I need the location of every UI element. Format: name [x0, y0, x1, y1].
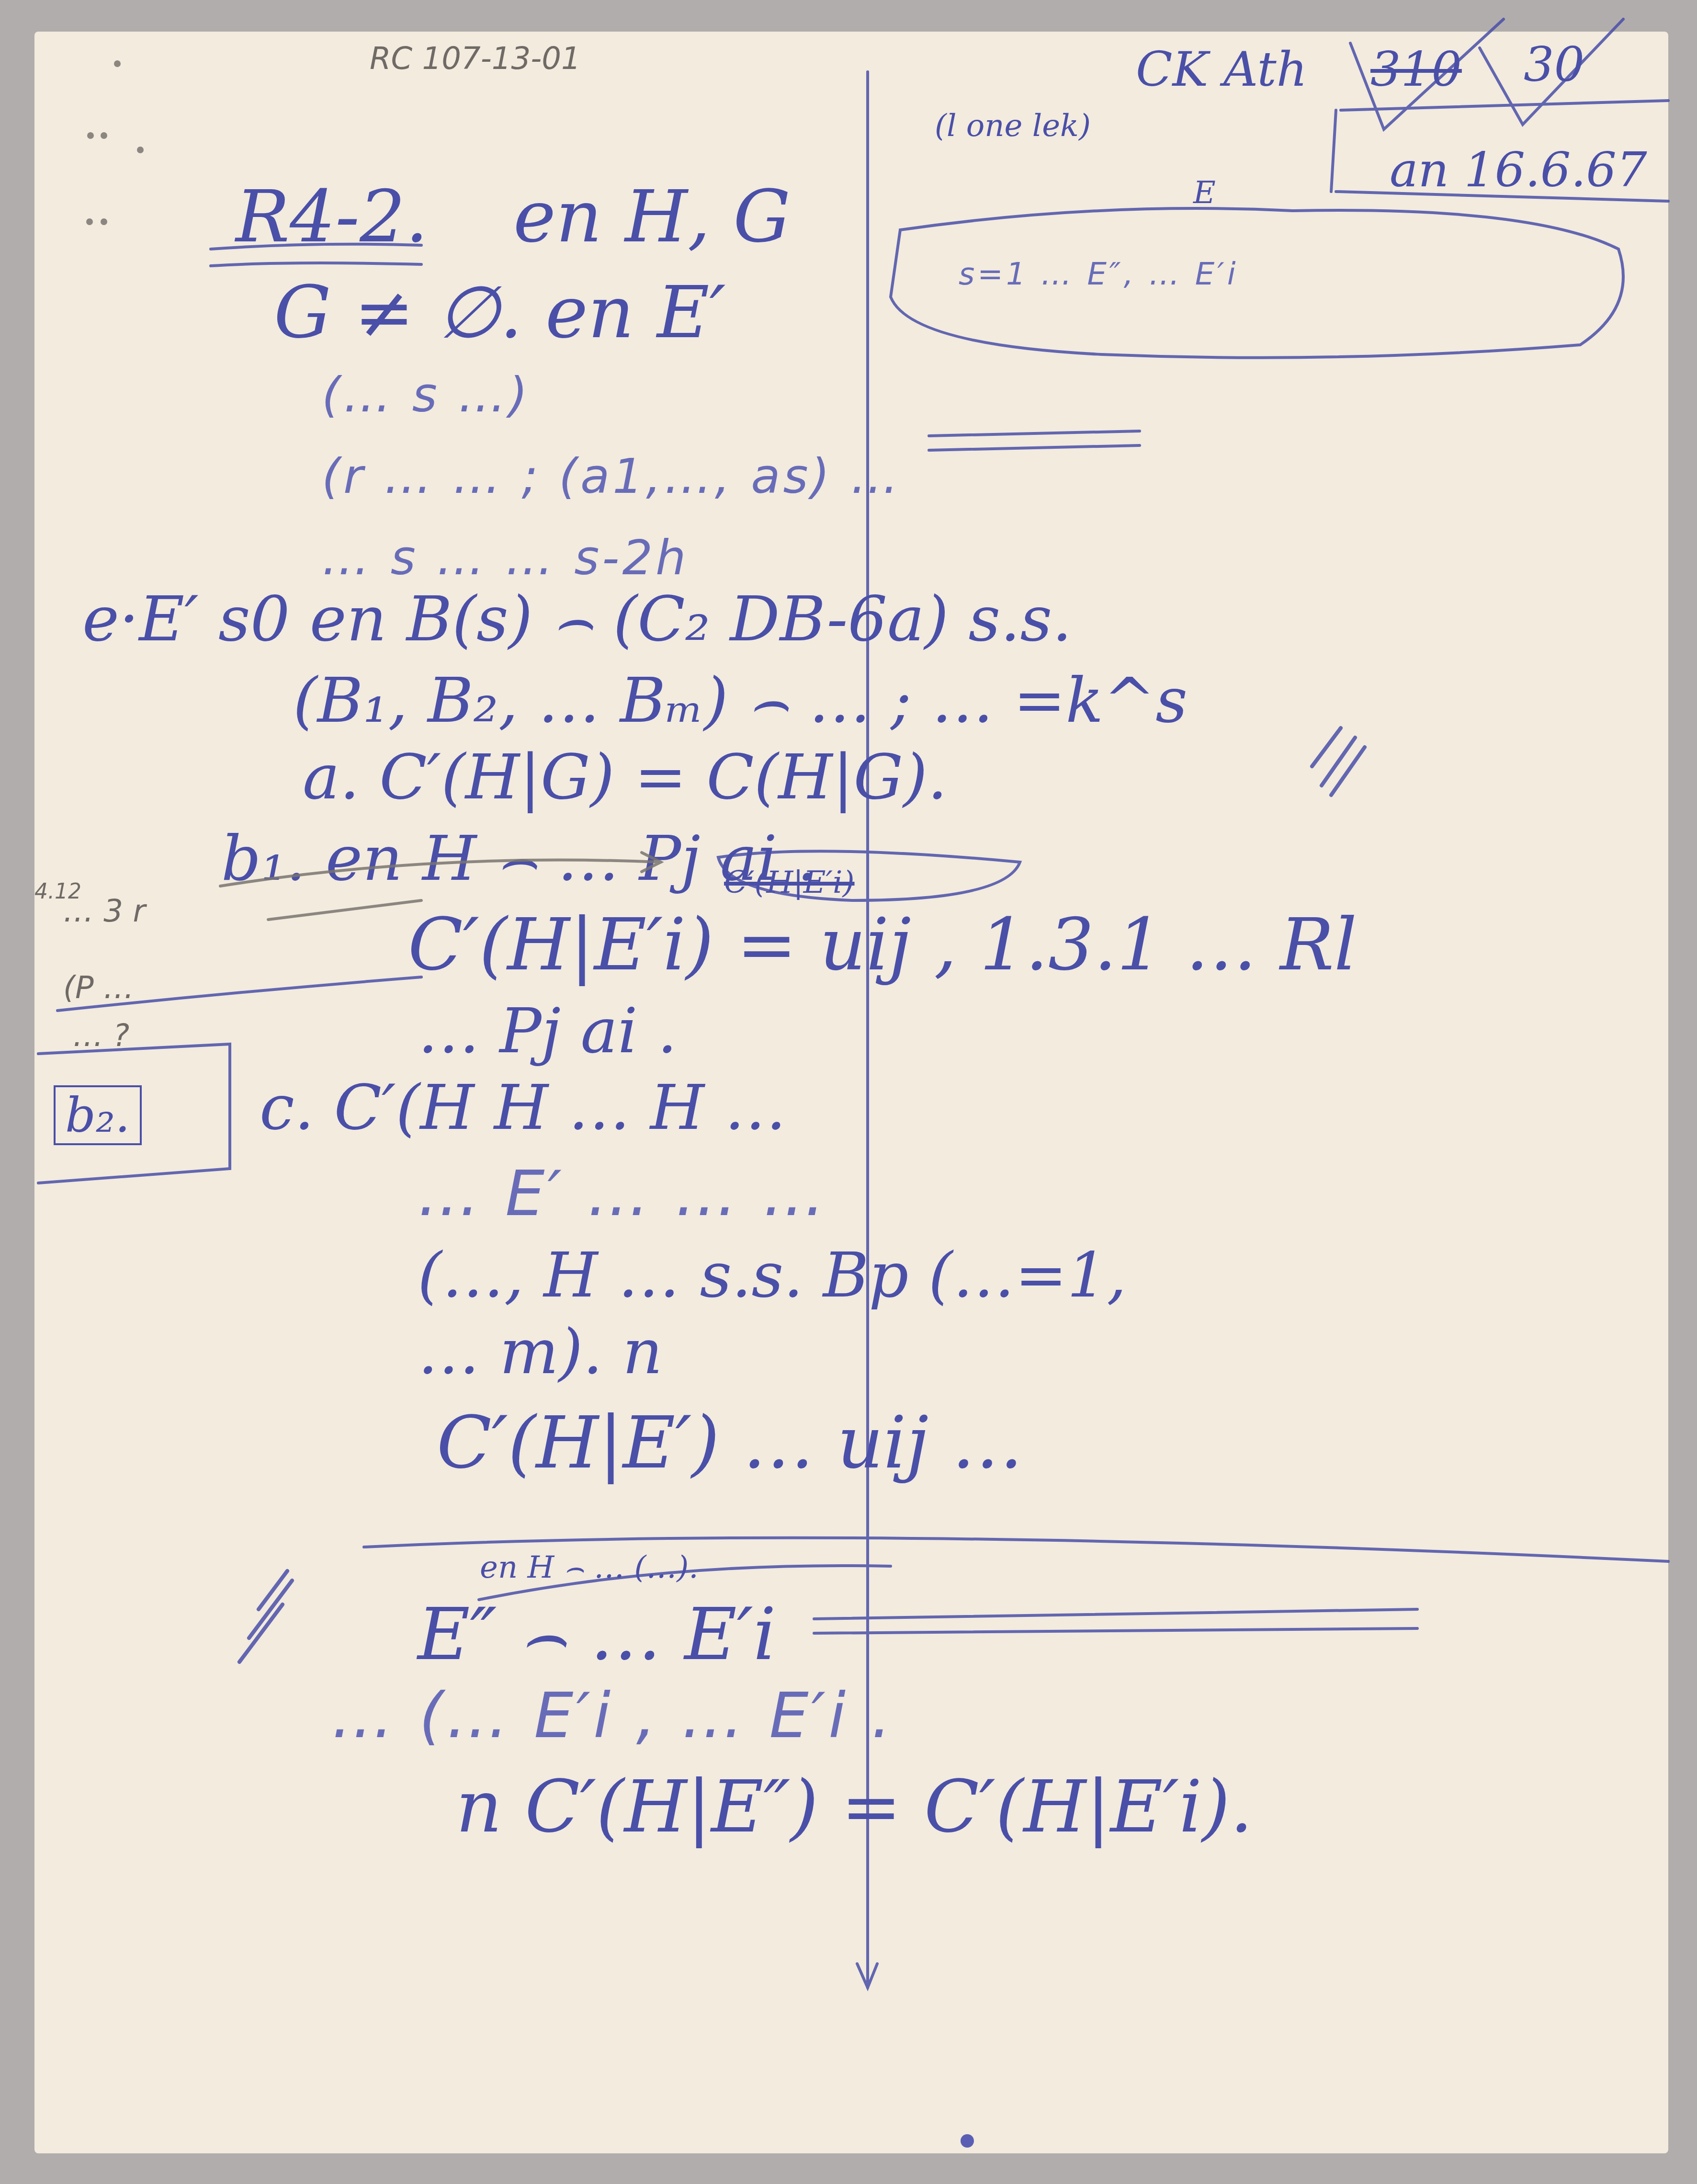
check-mark [1350, 19, 1623, 129]
date-box [1331, 101, 1668, 201]
strike-stroke [929, 431, 1140, 450]
margin-box [38, 1044, 230, 1183]
insert-cloud [479, 1566, 891, 1600]
margin-arrow [220, 860, 661, 886]
pen-strokes [0, 0, 1697, 2184]
ink-blot [961, 2134, 974, 2148]
section-rule [364, 1538, 1668, 1561]
bottom-strike [814, 1609, 1417, 1633]
heading-underline [211, 244, 421, 249]
margin-arrow [57, 977, 421, 1011]
margin-arrow [268, 900, 421, 920]
heading-underline [211, 263, 421, 266]
scribble [239, 1571, 292, 1662]
scribble [1312, 728, 1365, 795]
cloud-outline [891, 208, 1623, 358]
